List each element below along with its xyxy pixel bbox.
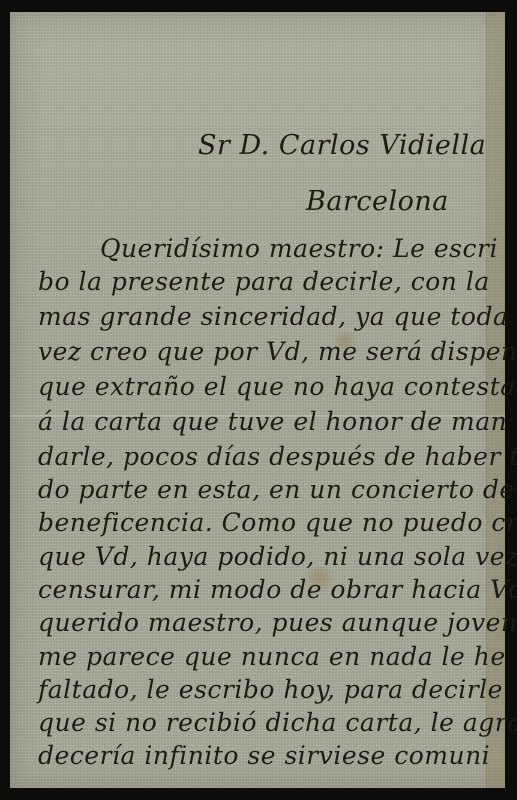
body-line: mas grande sinceridad, ya que toda	[38, 302, 508, 331]
body-line: me parece que nunca en nada le he	[38, 642, 506, 671]
body-line: bo la presente para decirle, con la	[38, 267, 490, 296]
body-line: que Vd, haya podido, ni una sola vez	[38, 542, 517, 571]
body-line: que si no recibió dicha carta, le agra	[38, 708, 517, 737]
body-line: querido maestro, pues aunque joven	[38, 608, 517, 637]
body-line: decería infinito se sirviese comuni	[38, 741, 490, 770]
body-line: Queridísimo maestro: Le escri	[100, 234, 498, 263]
letter-page: Sr D. Carlos Vidiella Barcelona Queridís…	[10, 12, 505, 788]
body-line: que extraño el que no haya contestado	[38, 372, 517, 401]
body-line: faltado, le escribo hoy, para decirle	[38, 675, 503, 704]
body-line: do parte en esta, en un concierto de	[38, 475, 515, 504]
scan-frame: Sr D. Carlos Vidiella Barcelona Queridís…	[0, 0, 517, 800]
recipient-line: Sr D. Carlos Vidiella	[198, 130, 486, 161]
body-line: beneficencia. Como que no puedo creer	[38, 508, 517, 537]
body-line: vez creo que por Vd, me será dispensada,	[38, 337, 517, 366]
body-line: á la carta que tuve el honor de man	[38, 407, 507, 436]
city-line: Barcelona	[306, 186, 449, 217]
body-line: darle, pocos días después de haber toma	[38, 442, 517, 471]
body-line: censurar, mi modo de obrar hacia Vd	[38, 575, 517, 604]
